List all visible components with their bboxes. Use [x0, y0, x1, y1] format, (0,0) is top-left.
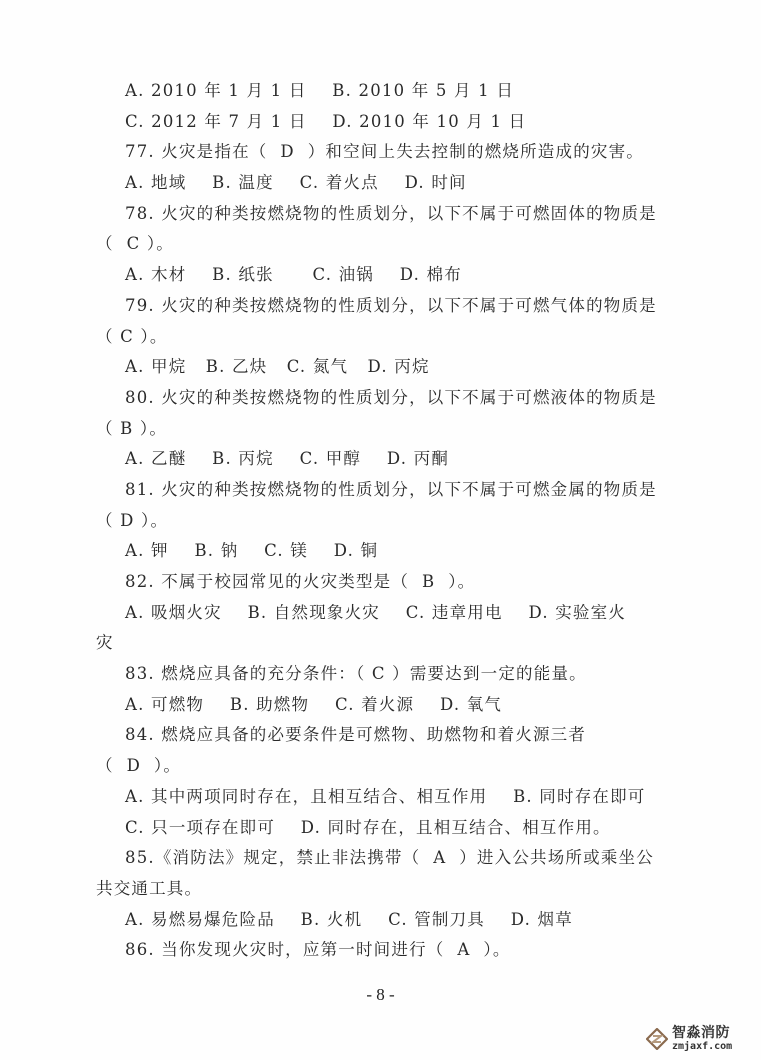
text-line: A. 吸烟火灾 B. 自然现象火灾 C. 违章用电 D. 实验室火 [96, 598, 670, 629]
text-line: 85.《消防法》规定，禁止非法携带（ A ）进入公共场所或乘坐公 [96, 843, 670, 874]
text-line: 78. 火灾的种类按燃烧物的性质划分，以下不属于可燃固体的物质是 [96, 199, 670, 230]
text-line: 82. 不属于校园常见的火灾类型是（ B ）。 [96, 567, 670, 598]
text-line: A. 木材 B. 纸张 C. 油锅 D. 棉布 [96, 260, 670, 291]
text-line: A. 乙醚 B. 丙烷 C. 甲醇 D. 丙酮 [96, 444, 670, 475]
text-line: 共交通工具。 [96, 874, 670, 905]
text-line: 84. 燃烧应具备的必要条件是可燃物、助燃物和着火源三者 [96, 720, 670, 751]
text-line: A. 2010 年 1 月 1 日 B. 2010 年 5 月 1 日 [96, 76, 670, 107]
page-number: - 8 - [0, 985, 761, 1005]
document-body: A. 2010 年 1 月 1 日 B. 2010 年 5 月 1 日C. 20… [96, 76, 670, 966]
watermark-url: zmjaxf.com [672, 1042, 732, 1052]
text-line: （ B ）。 [96, 414, 670, 445]
text-line: （ D ）。 [96, 506, 670, 537]
text-line: A. 可燃物 B. 助燃物 C. 着火源 D. 氧气 [96, 690, 670, 721]
text-line: （ D ）。 [96, 751, 670, 782]
text-line: A. 易燃易爆危险品 B. 火机 C. 管制刀具 D. 烟草 [96, 905, 670, 936]
watermark: 智淼消防 zmjaxf.com [646, 1022, 758, 1056]
text-line: 灾 [96, 628, 670, 659]
text-line: 79. 火灾的种类按燃烧物的性质划分，以下不属于可燃气体的物质是 [96, 291, 670, 322]
text-line: 81. 火灾的种类按燃烧物的性质划分，以下不属于可燃金属的物质是 [96, 475, 670, 506]
text-line: C. 2012 年 7 月 1 日 D. 2010 年 10 月 1 日 [96, 107, 670, 138]
text-line: A. 其中两项同时存在，且相互结合、相互作用 B. 同时存在即可 [96, 782, 670, 813]
watermark-name: 智淼消防 [672, 1026, 732, 1040]
text-line: A. 甲烷 B. 乙炔 C. 氮气 D. 丙烷 [96, 352, 670, 383]
text-line: 77. 火灾是指在（ D ）和空间上失去控制的燃烧所造成的灾害。 [96, 137, 670, 168]
text-line: （ C ）。 [96, 322, 670, 353]
diamond-z-logo-icon [646, 1028, 668, 1050]
document-page: A. 2010 年 1 月 1 日 B. 2010 年 5 月 1 日C. 20… [0, 0, 761, 1060]
text-line: 83. 燃烧应具备的充分条件：（ C ）需要达到一定的能量。 [96, 659, 670, 690]
text-line: 80. 火灾的种类按燃烧物的性质划分，以下不属于可燃液体的物质是 [96, 383, 670, 414]
text-line: （ C ）。 [96, 229, 670, 260]
text-line: 86. 当你发现火灾时，应第一时间进行（ A ）。 [96, 935, 670, 966]
text-line: C. 只一项存在即可 D. 同时存在，且相互结合、相互作用。 [96, 813, 670, 844]
text-line: A. 钾 B. 钠 C. 镁 D. 铜 [96, 536, 670, 567]
text-line: A. 地域 B. 温度 C. 着火点 D. 时间 [96, 168, 670, 199]
